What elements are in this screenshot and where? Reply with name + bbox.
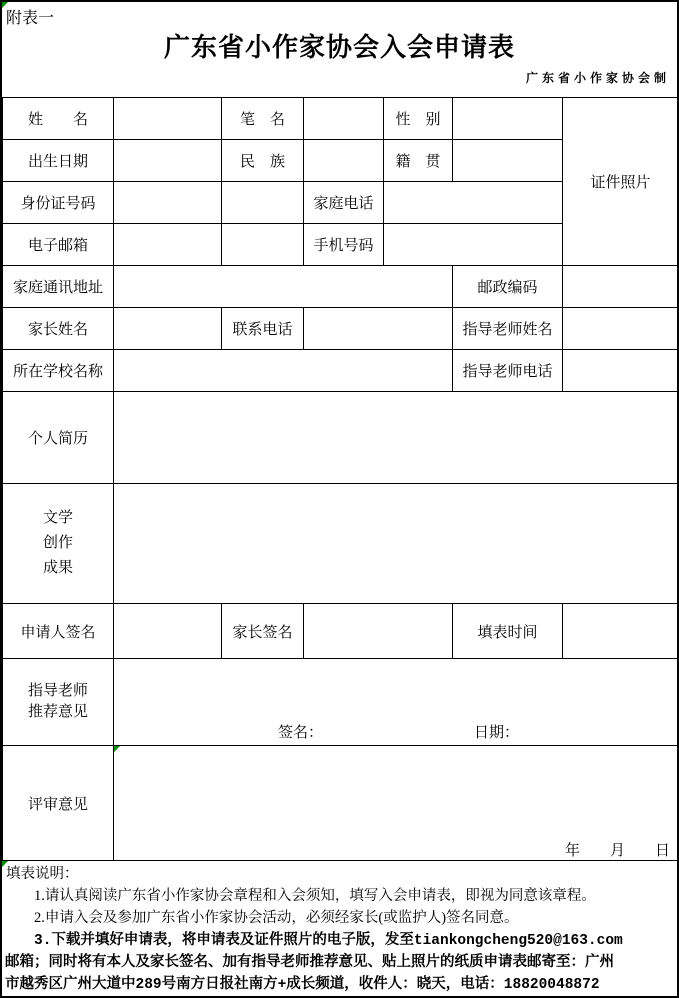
photo-placeholder-label: 证件照片 — [590, 175, 650, 191]
fill-date-input-cell[interactable] — [563, 604, 679, 659]
mentor-name-label: 指导老师姓名 — [453, 308, 563, 350]
form-header: 附表一 广东省小作家协会入会申请表 广东省小作家协会制 — [2, 2, 677, 97]
birth-date-label: 出生日期 — [3, 140, 114, 182]
postal-code-input-cell[interactable] — [563, 266, 679, 308]
year-month-day-label: 年 月 日 — [565, 839, 670, 860]
table-row: 家长姓名 联系电话 指导老师姓名 — [3, 308, 679, 350]
email-input-cell-2[interactable] — [222, 224, 304, 266]
native-place-input-cell[interactable] — [453, 140, 563, 182]
literary-achievements-label: 文学 创作 成果 — [3, 484, 114, 604]
notes-line-4: 邮箱；同时将有本人及家长签名、加有指导老师推荐意见、贴上照片的纸质申请表邮寄至：… — [2, 952, 677, 974]
id-number-label: 身份证号码 — [3, 182, 114, 224]
parent-signature-input-cell[interactable] — [304, 604, 453, 659]
attachment-label: 附表一 — [6, 5, 54, 28]
pen-name-label: 笔 名 — [222, 98, 304, 140]
name-input-cell[interactable] — [114, 98, 222, 140]
contact-phone-input-cell[interactable] — [304, 308, 453, 350]
literary-achievements-input-cell[interactable] — [114, 484, 679, 604]
contact-phone-label: 联系电话 — [222, 308, 304, 350]
notes-line-5: 市越秀区广州大道中289号南方日报社南方+成长频道，收件人：晓天，电话：1882… — [2, 974, 677, 996]
mobile-label: 手机号码 — [304, 224, 384, 266]
gender-label: 性 别 — [384, 98, 453, 140]
table-row: 评审意见 年 月 日 — [3, 746, 679, 861]
postal-code-label: 邮政编码 — [453, 266, 563, 308]
birth-date-input-cell[interactable] — [114, 140, 222, 182]
date-label: 日期： — [474, 721, 519, 742]
mentor-recommendation-label-line2: 推荐意见 — [3, 702, 113, 723]
cell-marker-icon — [2, 861, 8, 867]
gender-input-cell[interactable] — [453, 98, 563, 140]
application-table: 姓 名 笔 名 性 别 证件照片 出生日期 民 族 籍 贯 身份证号码 家庭电话 — [2, 97, 679, 861]
notes-section: 填表说明： 1.请认真阅读广东省小作家协会章程和入会须知，填写入会申请表，即视为… — [2, 861, 677, 996]
parent-name-label: 家长姓名 — [3, 308, 114, 350]
ethnicity-input-cell[interactable] — [304, 140, 384, 182]
email-input-cell[interactable] — [114, 224, 222, 266]
name-label: 姓 名 — [3, 98, 114, 140]
table-row: 姓 名 笔 名 性 别 证件照片 — [3, 98, 679, 140]
page-title: 广东省小作家协会入会申请表 — [2, 2, 677, 64]
parent-signature-label: 家长签名 — [222, 604, 304, 659]
parent-name-input-cell[interactable] — [114, 308, 222, 350]
table-row: 所在学校名称 指导老师电话 — [3, 350, 679, 392]
cell-marker-icon — [114, 746, 120, 752]
pen-name-input-cell[interactable] — [304, 98, 384, 140]
home-address-input-cell[interactable] — [114, 266, 453, 308]
notes-line-2: 2.申请入会及参加广东省小作家协会活动，必须经家长(或监护人)签名同意。 — [2, 907, 677, 929]
native-place-label: 籍 贯 — [384, 140, 453, 182]
resume-input-cell[interactable] — [114, 392, 679, 484]
literary-achievements-label-line1: 文学 — [3, 506, 113, 531]
id-number-input-cell-2[interactable] — [222, 182, 304, 224]
mentor-recommendation-label-line1: 指导老师 — [3, 681, 113, 702]
ethnicity-label: 民 族 — [222, 140, 304, 182]
literary-achievements-label-line3: 成果 — [3, 556, 113, 581]
id-number-input-cell[interactable] — [114, 182, 222, 224]
signature-label: 签名： — [278, 721, 323, 742]
fill-date-label: 填表时间 — [453, 604, 563, 659]
mentor-recommendation-input-cell[interactable]: 签名： 日期： — [114, 659, 679, 746]
notes-heading: 填表说明： — [2, 863, 677, 885]
home-phone-input-cell[interactable] — [384, 182, 563, 224]
mentor-phone-label: 指导老师电话 — [453, 350, 563, 392]
home-phone-label: 家庭电话 — [304, 182, 384, 224]
applicant-signature-input-cell[interactable] — [114, 604, 222, 659]
school-name-input-cell[interactable] — [114, 350, 453, 392]
application-form-sheet: 附表一 广东省小作家协会入会申请表 广东省小作家协会制 姓 名 笔 名 性 别 … — [0, 0, 679, 998]
review-opinion-input-cell[interactable]: 年 月 日 — [114, 746, 679, 861]
school-name-label: 所在学校名称 — [3, 350, 114, 392]
literary-achievements-label-line2: 创作 — [3, 531, 113, 556]
photo-cell[interactable]: 证件照片 — [563, 98, 679, 266]
applicant-signature-label: 申请人签名 — [3, 604, 114, 659]
mentor-phone-input-cell[interactable] — [563, 350, 679, 392]
resume-label: 个人简历 — [3, 392, 114, 484]
table-row: 指导老师 推荐意见 签名： 日期： — [3, 659, 679, 746]
table-row: 文学 创作 成果 — [3, 484, 679, 604]
notes-line-1: 1.请认真阅读广东省小作家协会章程和入会须知，填写入会申请表，即视为同意该章程。 — [2, 885, 677, 907]
mentor-name-input-cell[interactable] — [563, 308, 679, 350]
email-label: 电子邮箱 — [3, 224, 114, 266]
issuer-credit: 广东省小作家协会制 — [526, 69, 670, 86]
review-opinion-label: 评审意见 — [3, 746, 114, 861]
mentor-recommendation-label: 指导老师 推荐意见 — [3, 659, 114, 746]
table-row: 申请人签名 家长签名 填表时间 — [3, 604, 679, 659]
home-address-label: 家庭通讯地址 — [3, 266, 114, 308]
table-row: 家庭通讯地址 邮政编码 — [3, 266, 679, 308]
table-row: 个人简历 — [3, 392, 679, 484]
notes-line-3: 3.下载并填好申请表，将申请表及证件照片的电子版，发至tiankongcheng… — [2, 930, 677, 952]
mobile-input-cell[interactable] — [384, 224, 563, 266]
